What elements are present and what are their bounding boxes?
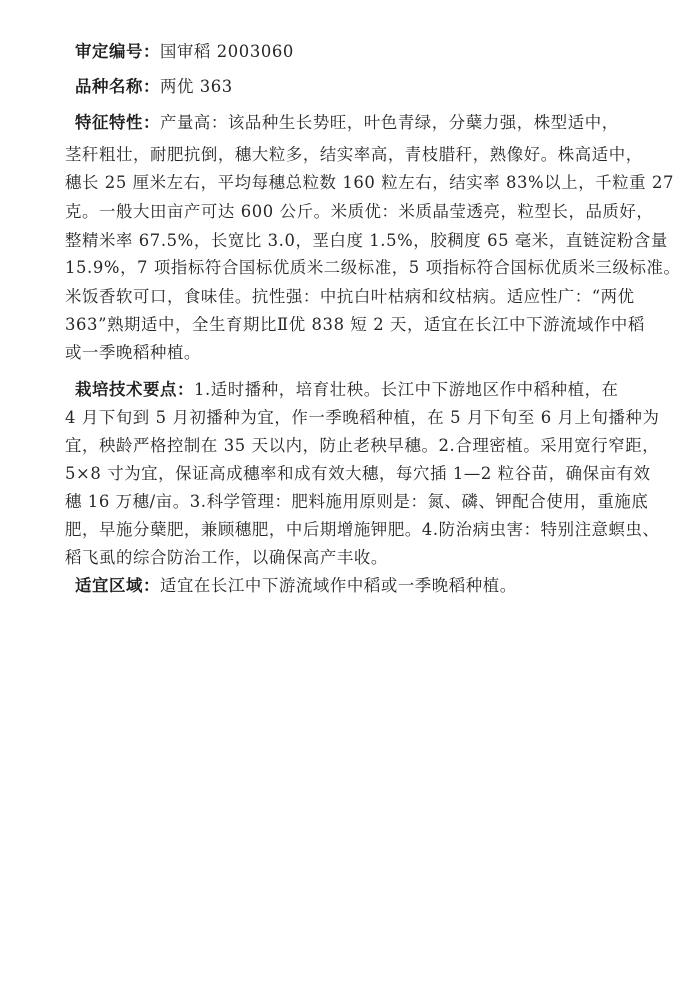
suitable-region-value: 适宜在长江中下游流域作中稻或一季晚稻种植。 [160,576,517,595]
cultivation-line: 5×8 寸为宜，保证高成穗率和成有效大穗，每穴插 1—2 粒谷苗，确保亩有效 [65,460,675,488]
cultivation-line: 宜，秧龄严格控制在 35 天以内，防止老秧早穗。2.合理密植。采用宽行窄距， [65,432,675,460]
suitable-region-label: 适宜区域： [75,576,160,595]
characteristics-line: 或一季晚稻种植。 [65,339,675,367]
approval-number-value: 国审稻 2003060 [160,42,294,61]
characteristics-line: 15.9%，7 项指标符合国标优质米二级标准，5 项指标符合国标优质米三级标准。 [65,254,675,282]
characteristics-line: 363”熟期适中，全生育期比Ⅱ优 838 短 2 天，适宜在长江中下游流域作中稻 [65,311,675,339]
variety-name-value: 两优 363 [160,77,233,96]
characteristics-line: 整精米率 67.5%，长宽比 3.0，垩白度 1.5%，胶稠度 65 毫米，直链… [65,227,675,255]
characteristics-text: 产量高：该品种生长势旺，叶色青绿，分蘖力强，株型适中， [160,113,619,132]
cultivation-line: 栽培技术要点：1.适时播种，培育壮秧。长江中下游地区作中稻种植，在 [75,376,685,404]
cultivation-line: 4 月下旬到 5 月初播种为宜，作一季晚稻种植，在 5 月下旬至 6 月上旬播种… [65,404,675,432]
characteristics-line: 克。一般大田亩产可达 600 公斤。米质优：米质晶莹透亮，粒型长，品质好， [65,198,675,226]
characteristics-line: 茎秆粗壮，耐肥抗倒，穗大粒多，结实率高，青枝腊秆，熟像好。株高适中， [65,141,675,169]
characteristics-line: 特征特性：产量高：该品种生长势旺，叶色青绿，分蘖力强，株型适中， [75,109,685,137]
variety-name-label: 品种名称： [75,77,160,96]
suitable-region-row: 适宜区域：适宜在长江中下游流域作中稻或一季晚稻种植。 [75,572,685,600]
characteristics-label: 特征特性： [75,113,160,132]
document-page: 审定编号：国审稻 2003060 品种名称：两优 363 特征特性：产量高：该品… [0,0,700,990]
cultivation-label: 栽培技术要点： [75,380,194,399]
cultivation-text: 1.适时播种，培育壮秧。长江中下游地区作中稻种植，在 [194,380,619,399]
characteristics-line: 穗长 25 厘米左右，平均每穗总粒数 160 粒左右，结实率 83%以上，千粒重… [65,169,675,197]
cultivation-line: 稻飞虱的综合防治工作，以确保高产丰收。 [65,544,675,572]
characteristics-line: 米饭香软可口，食味佳。抗性强：中抗白叶枯病和纹枯病。适应性广：“两优 [65,283,675,311]
approval-number-label: 审定编号： [75,42,160,61]
variety-name-row: 品种名称：两优 363 [75,73,685,101]
cultivation-line: 肥，早施分蘖肥，兼顾穗肥，中后期增施钾肥。4.防治病虫害：特别注意螟虫、 [65,516,675,544]
approval-number-row: 审定编号：国审稻 2003060 [75,38,685,66]
cultivation-line: 穗 16 万穗/亩。3.科学管理：肥料施用原则是：氮、磷、钾配合使用，重施底 [65,488,675,516]
